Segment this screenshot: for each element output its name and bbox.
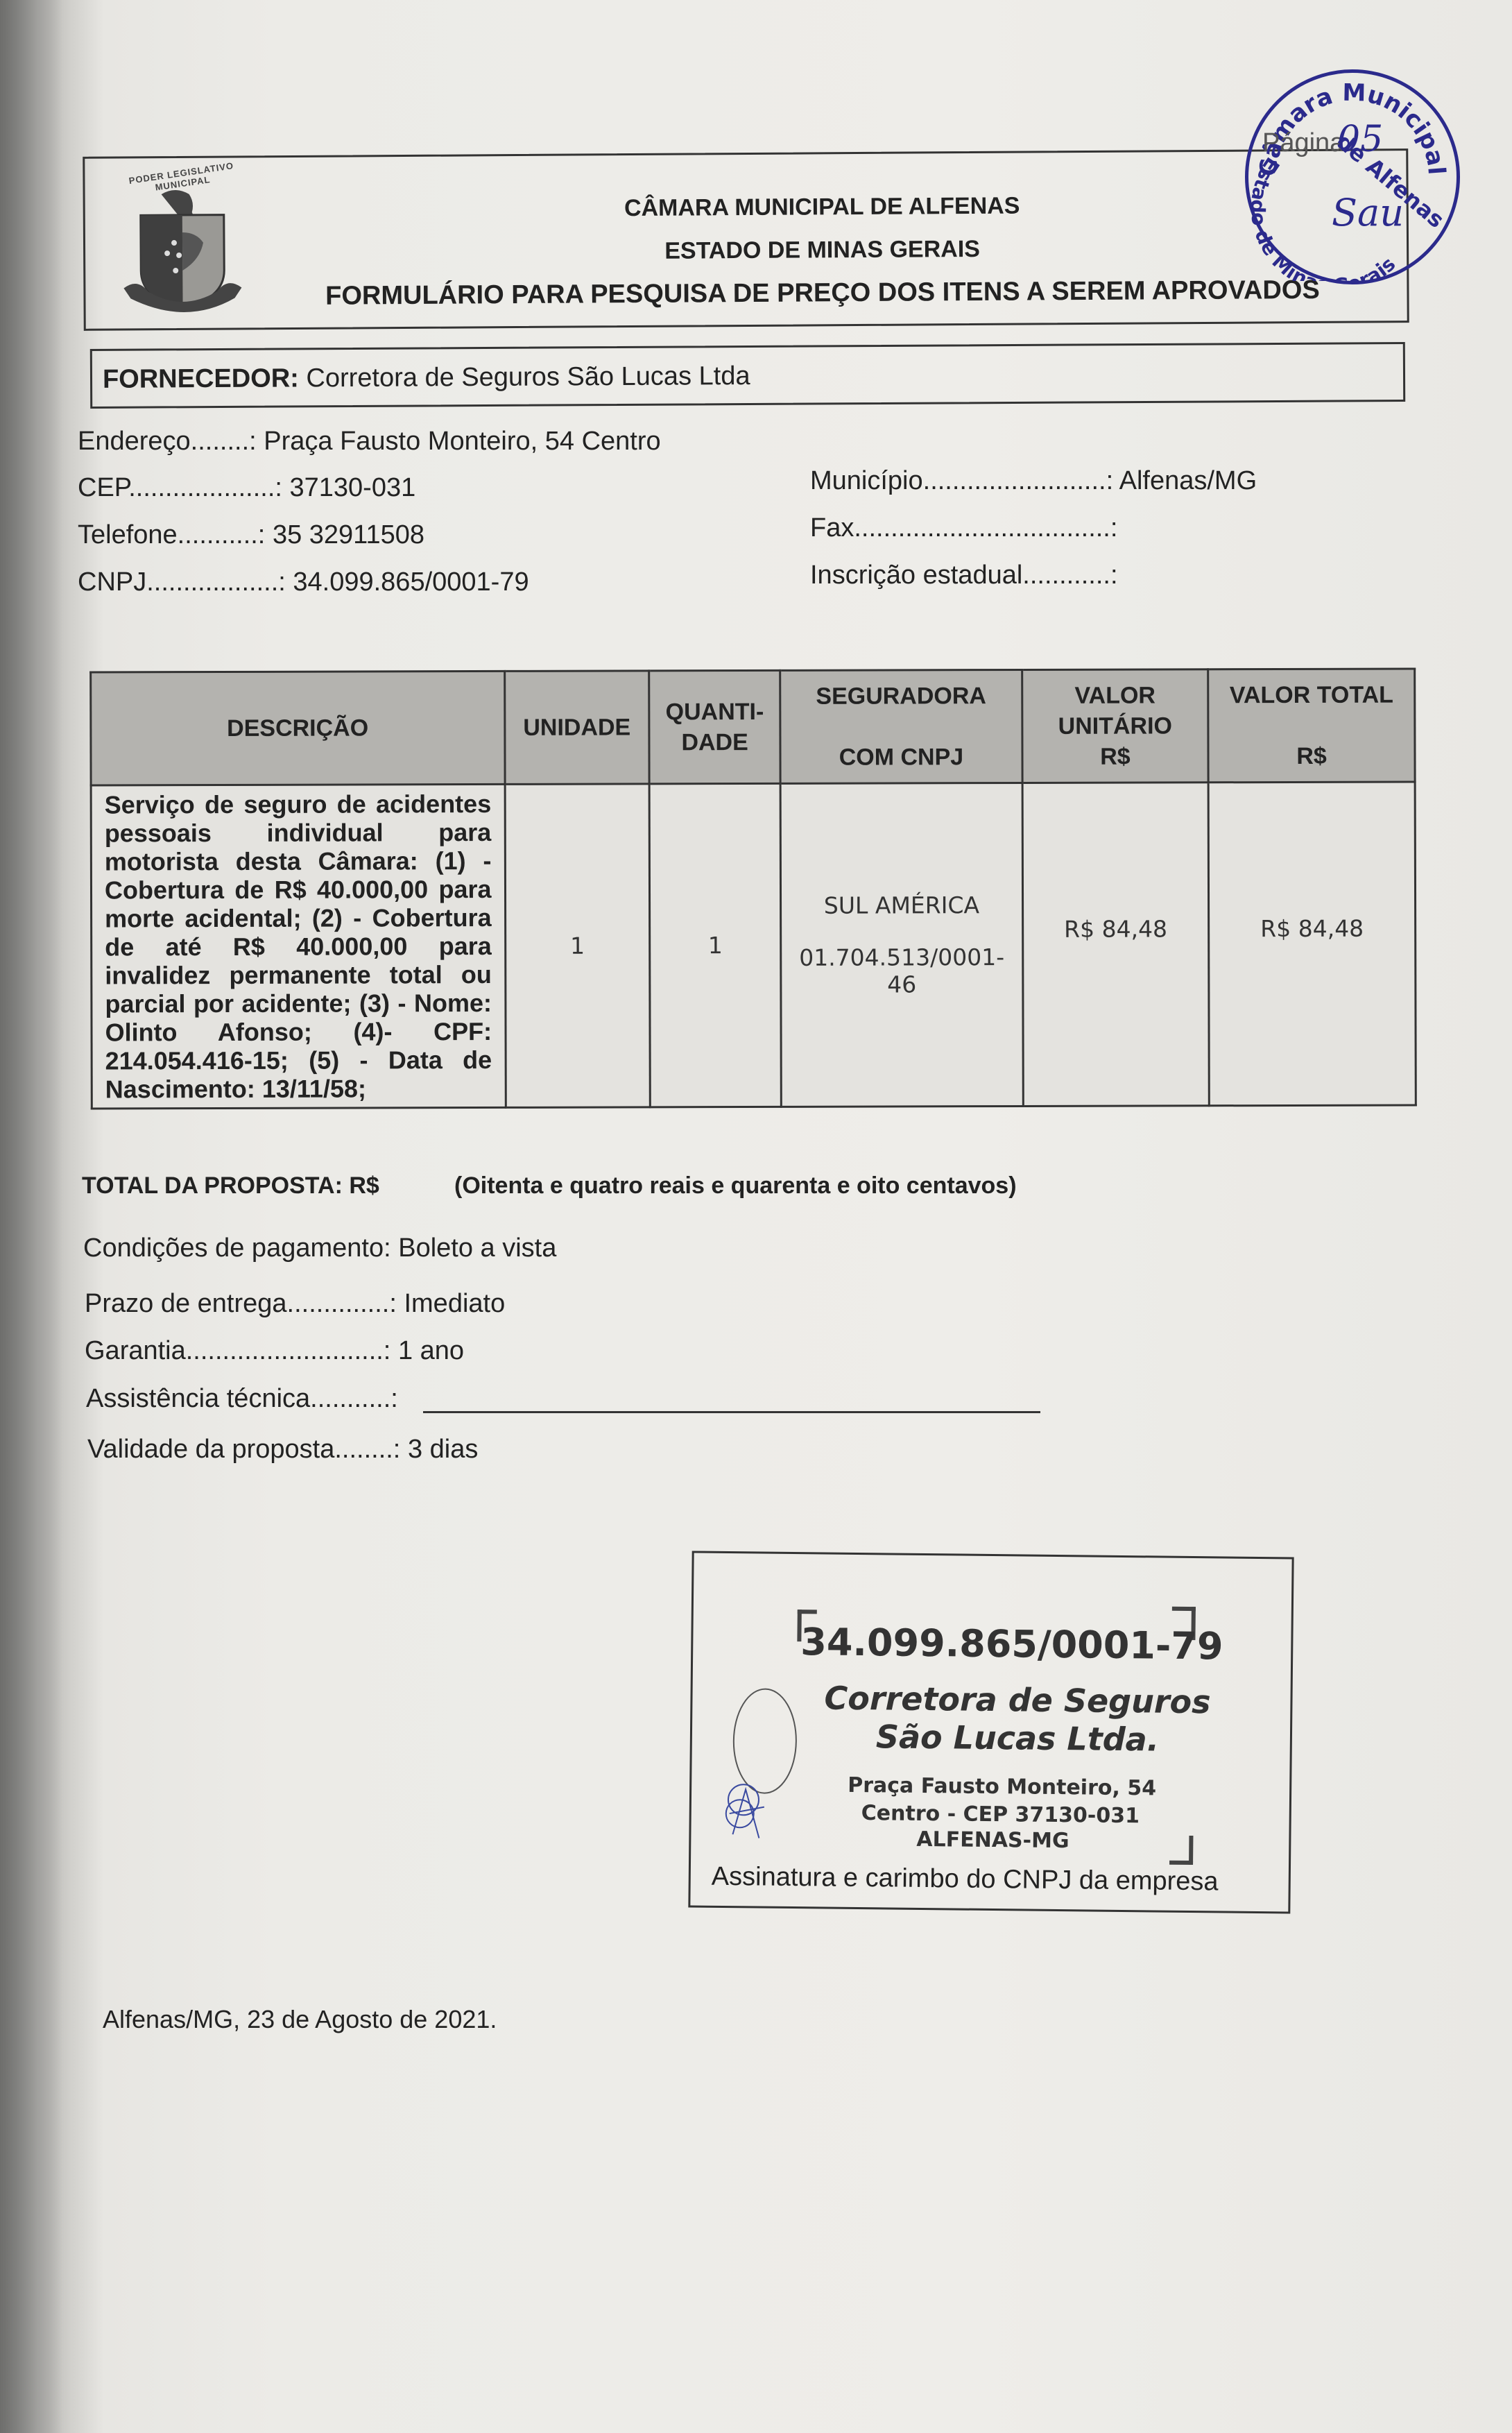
table-header-row: DESCRIÇÃO UNIDADE QUANTI-DADE SEGURADORA…	[91, 669, 1415, 785]
stamp-initials: Sau	[1332, 191, 1404, 234]
technical-assistance: Assistência técnica...........:	[86, 1384, 398, 1414]
page-number: 05	[1337, 119, 1383, 160]
place-and-date: Alfenas/MG, 23 de Agosto de 2021.	[103, 2005, 497, 2034]
stamp-cnpj: 34.099.865/0001-79	[800, 1620, 1223, 1668]
field-phone: Telefone...........: 35 32911508	[78, 520, 424, 550]
technical-assistance-blank-line	[423, 1411, 1040, 1413]
field-fax: Fax...................................:	[810, 513, 1117, 543]
insurer-name: SUL AMÉRICA	[786, 891, 1017, 919]
signature-stamp-box: 34.099.865/0001-79 Corretora de Seguros …	[688, 1551, 1294, 1913]
cell-total-value: R$ 84,48	[1208, 782, 1416, 1106]
stamp-company-name-1: Corretora de Seguros	[824, 1679, 1211, 1721]
supplier-label: FORNECEDOR:	[103, 364, 299, 393]
table-row: Serviço de seguro de acidentes pessoais …	[91, 782, 1416, 1109]
field-address: Endereço........: Praça Fausto Monteiro,…	[78, 427, 661, 456]
field-municipality: Município.........................: Alfe…	[810, 466, 1257, 496]
col-quantity: QUANTI-DADE	[649, 670, 780, 783]
cell-description: Serviço de seguro de acidentes pessoais …	[91, 784, 506, 1109]
col-insurer: SEGURADORACOM CNPJ	[780, 669, 1022, 783]
total-in-words: (Oitenta e quatro reais e quarenta e oit…	[454, 1172, 1017, 1200]
col-total-value: VALOR TOTALR$	[1208, 669, 1415, 783]
cell-insurer: SUL AMÉRICA 01.704.513/0001-46	[780, 783, 1023, 1107]
cell-quantity: 1	[649, 783, 781, 1107]
form-title: FORMULÁRIO PARA PESQUISA DE PREÇO DOS IT…	[266, 268, 1379, 318]
payment-conditions: Condições de pagamento: Boleto a vista	[83, 1233, 556, 1263]
cell-unit: 1	[505, 784, 651, 1108]
stamp-corner-mark	[1169, 1836, 1193, 1865]
col-unit: UNIDADE	[504, 671, 649, 785]
insurer-cnpj: 01.704.513/0001-46	[799, 944, 1004, 998]
delivery-time: Prazo de entrega..............: Imediato	[85, 1289, 505, 1319]
col-unit-value: VALORUNITÁRIOR$	[1022, 669, 1208, 783]
total-label: TOTAL DA PROPOSTA: R$	[82, 1172, 379, 1200]
proposal-validity: Validade da proposta........: 3 dias	[87, 1435, 478, 1465]
col-description: DESCRIÇÃO	[91, 671, 505, 785]
items-table: DESCRIÇÃO UNIDADE QUANTI-DADE SEGURADORA…	[89, 667, 1417, 1109]
field-cnpj: CNPJ..................: 34.099.865/0001-…	[78, 567, 529, 597]
supplier-name: Corretora de Seguros São Lucas Ltda	[306, 361, 750, 393]
stamp-city: ALFENAS-MG	[916, 1827, 1069, 1853]
header-box: PODER LEGISLATIVO MUNICIPAL CÂMARA MUNIC…	[83, 148, 1409, 331]
page-label: Página	[1262, 128, 1344, 158]
field-cep: CEP....................: 37130-031	[78, 473, 415, 503]
municipal-crest-icon: PODER LEGISLATIVO MUNICIPAL	[112, 166, 252, 319]
handwritten-signature-icon	[712, 1685, 810, 1845]
header-state: ESTADO DE MINAS GERAIS	[266, 225, 1379, 275]
supplier-box: FORNECEDOR: Corretora de Seguros São Luc…	[90, 342, 1405, 409]
stamp-address-1: Praça Fausto Monteiro, 54	[848, 1773, 1156, 1801]
cell-unit-value: R$ 84,48	[1022, 783, 1210, 1107]
page-edge-shadow	[0, 0, 62, 2433]
header-title: CÂMARA MUNICIPAL DE ALFENAS	[266, 182, 1379, 232]
municipal-stamp: Câmara Municipal Estado de Minas Gerais …	[1245, 69, 1460, 284]
stamp-company-name-2: São Lucas Ltda.	[876, 1718, 1160, 1758]
warranty: Garantia...........................: 1 a…	[85, 1336, 464, 1366]
field-state-registration: Inscrição estadual............:	[810, 561, 1118, 590]
stamp-caption: Assinatura e carimbo do CNPJ da empresa	[712, 1862, 1219, 1897]
stamp-address-2: Centro - CEP 37130-031	[861, 1801, 1140, 1828]
